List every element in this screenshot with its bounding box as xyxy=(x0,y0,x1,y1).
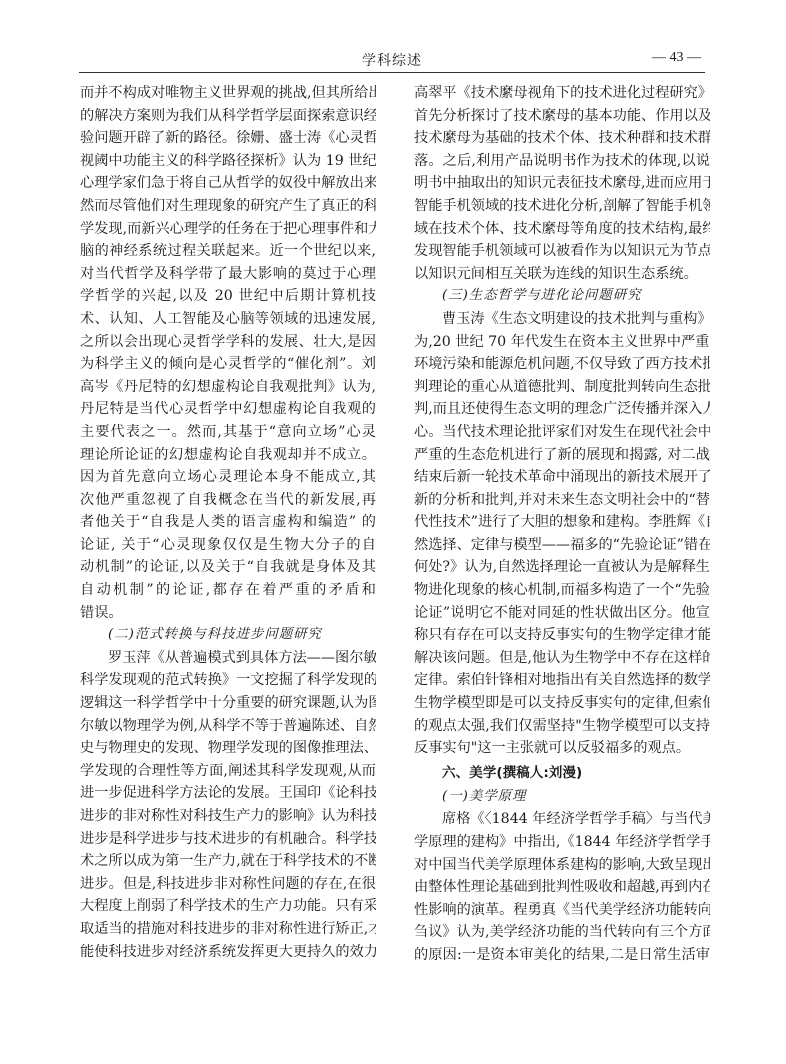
text-line: 判理论的重心从道德批判、制度批判转向生态批 xyxy=(414,376,710,399)
text-line: 错误。 xyxy=(80,602,376,625)
text-line: 为,20 世纪 70 年代发生在资本主义世界中严重的 xyxy=(414,331,710,354)
subheading: (三)生态哲学与进化论问题研究 xyxy=(414,285,710,308)
text-line: 严重的生态危机进行了新的展现和揭露, 对二战 xyxy=(414,444,710,467)
text-line: 物进化现象的核心机制,而福多构造了一个“先验 xyxy=(414,579,710,602)
text-line: 进步的非对称性对科技生产力的影响》认为科技 xyxy=(80,805,376,828)
text-line: 对当代哲学及科学带了最大影响的莫过于心理 xyxy=(80,263,376,286)
text-line: 域在技术个体、技术縻母等角度的技术结构,最终 xyxy=(414,218,710,241)
text-line: 代性技术”进行了大胆的想象和建构。李胜辉《自 xyxy=(414,511,710,534)
text-line: 术之所以成为第一生产力,就在于科学技术的不断 xyxy=(80,850,376,873)
text-line: 智能手机领域的技术进化分析,剖解了智能手机领 xyxy=(414,195,710,218)
text-line: 性影响的演革。程勇真《当代美学经济功能转向 xyxy=(414,899,710,922)
text-line: 称只有存在可以支持反事实句的生物学定律才能 xyxy=(414,624,710,647)
text-line: 动机制”的论证,以及关于“自我就是身体及其 xyxy=(80,556,376,579)
text-line: 对中国当代美学原理体系建构的影响,大致呈现出 xyxy=(414,854,710,877)
text-line: 罗玉萍《从普遍模式到具体方法——图尔敏 xyxy=(80,647,376,670)
text-line: 环境污染和能源危机问题,不仅导致了西方技术批 xyxy=(414,353,710,376)
header-divider xyxy=(79,72,705,73)
text-line: 自动机制”的论证,都存在着严重的矛盾和 xyxy=(80,579,376,602)
text-line: 生物学模型即是可以支持反事实句的定律,但索伯 xyxy=(414,692,710,715)
section-title: 学科综述 xyxy=(79,50,705,70)
text-line: 史与物理史的发现、物理学发现的图像推理法、科 xyxy=(80,737,376,760)
text-line: 席格《〈1844 年经济学哲学手稿〉与当代美 xyxy=(414,808,710,831)
text-line: 心理学家们急于将自己从哲学的奴役中解放出来, xyxy=(80,172,376,195)
text-line: 者他关于“自我是人类的语言虚构和编造” 的 xyxy=(80,511,376,534)
text-line: 首先分析探讨了技术縻母的基本功能、作用以及以 xyxy=(414,105,710,128)
text-line: 由整体性理论基础到批判性吸收和超越,再到内在 xyxy=(414,876,710,899)
text-line: 技术縻母为基础的技术个体、技术种群和技术群 xyxy=(414,127,710,150)
text-line: 高岑《丹尼特的幻想虚构论自我观批判》认为, xyxy=(80,376,376,399)
text-line: 次他严重忽视了自我概念在当代的新发展,再 xyxy=(80,489,376,512)
text-line: 新的分析和批判,并对未来生态文明社会中的“替 xyxy=(414,489,710,512)
text-line: 大程度上削弱了科学技术的生产力功能。只有采 xyxy=(80,895,376,918)
text-line: 明书中抽取出的知识元表征技术縻母,进而应用于 xyxy=(414,172,710,195)
text-line: 落。之后,利用产品说明书作为技术的体现,以说 xyxy=(414,150,710,173)
text-line: 进步。但是,科技进步非对称性问题的存在,在很 xyxy=(80,873,376,896)
text-line: 学发现,而新兴心理学的任务在于把心理事件和大 xyxy=(80,218,376,241)
text-line: 能使科技进步对经济系统发挥更大更持久的效力。 xyxy=(80,941,376,964)
section-heading: 六、美学(撰稿人:刘漫) xyxy=(414,760,710,786)
right-column: 高翠平《技术縻母视角下的技术进化过程研究》中 首先分析探讨了技术縻母的基本功能、… xyxy=(414,82,710,967)
text-line: 以知识元间相互关联为连线的知识生态系统。 xyxy=(414,263,710,286)
running-header: 学科综述 — 43 — xyxy=(79,48,705,72)
text-line: 曹玉涛《生态文明建设的技术批判与重构》认 xyxy=(414,308,710,331)
text-line: 的原因:一是资本审美化的结果,二是日常生活审 xyxy=(414,944,710,967)
text-line: 逻辑这一科学哲学中十分重要的研究课题,认为图 xyxy=(80,692,376,715)
text-line: 心。当代技术理论批评家们对发生在现代社会中 xyxy=(414,421,710,444)
text-line: 定律。索伯针锋相对地指出有关自然选择的数学 xyxy=(414,669,710,692)
text-line: 学哲学的兴起,以及 20 世纪中后期计算机技 xyxy=(80,285,376,308)
subheading: (一)美学原理 xyxy=(414,786,710,809)
text-line: 验问题开辟了新的路径。徐姗、盛士涛《心灵哲学 xyxy=(80,127,376,150)
text-line: 而并不构成对唯物主义世界观的挑战,但其所给出 xyxy=(80,82,376,105)
text-line: 理论所论证的幻想虚构论自我观却并不成立。 xyxy=(80,444,376,467)
text-line: 的观点太强,我们仅需坚持"生物学模型可以支持 xyxy=(414,715,710,738)
page-number: — 43 — xyxy=(652,50,701,66)
text-line: 高翠平《技术縻母视角下的技术进化过程研究》中 xyxy=(414,82,710,105)
text-line: 然而尽管他们对生理现象的研究产生了真正的科 xyxy=(80,195,376,218)
text-line: 科学发现观的范式转换》一文挖掘了科学发现的 xyxy=(80,669,376,692)
text-line: 论证”说明它不能对同延的性状做出区分。他宣 xyxy=(414,602,710,625)
text-line: 何处?》认为,自然选择理论一直被认为是解释生 xyxy=(414,556,710,579)
text-line: 论证, 关于“心灵现象仅仅是生物大分子的自 xyxy=(80,534,376,557)
text-line: 尔敏以物理学为例,从科学不等于普遍陈述、自然 xyxy=(80,715,376,738)
text-line: 因为首先意向立场心灵理论本身不能成立,其 xyxy=(80,466,376,489)
text-line: 反事实句"这一主张就可以反驳福多的观点。 xyxy=(414,737,710,760)
text-line: 为科学主义的倾向是心灵哲学的“催化剂”。刘 xyxy=(80,353,376,376)
text-line: 进步是科学进步与技术进步的有机融合。科学技 xyxy=(80,828,376,851)
text-line: 结束后新一轮技术革命中涌现出的新技术展开了 xyxy=(414,466,710,489)
text-line: 主要代表之一。然而,其基于“意向立场”心灵 xyxy=(80,421,376,444)
text-line: 解决该问题。但是,他认为生物学中不存在这样的 xyxy=(414,647,710,670)
text-line: 丹尼特是当代心灵哲学中幻想虚构论自我观的 xyxy=(80,398,376,421)
text-line: 术、认知、人工智能及心脑等领域的迅速发展, xyxy=(80,308,376,331)
text-line: 之所以会出现心灵哲学学科的发展、壮大,是因 xyxy=(80,331,376,354)
text-line: 学发现的合理性等方面,阐述其科学发现观,从而 xyxy=(80,760,376,783)
text-line: 刍议》认为,美学经济功能的当代转向有三个方面 xyxy=(414,921,710,944)
text-line: 学原理的建构》中指出,《1844 年经济学哲学手稿》 xyxy=(414,831,710,854)
text-line: 然选择、定律与模型——福多的“先验论证”错在 xyxy=(414,534,710,557)
text-line: 发现智能手机领域可以被看作为以知识元为节点 xyxy=(414,240,710,263)
text-line: 脑的神经系统过程关联起来。近一个世纪以来, xyxy=(80,240,376,263)
subheading: (二)范式转换与科技进步问题研究 xyxy=(80,624,376,647)
text-line: 取适当的措施对科技进步的非对称性进行矫正,才 xyxy=(80,918,376,941)
text-line: 判,而且还使得生态文明的理念广泛传播并深入人 xyxy=(414,398,710,421)
text-line: 的解决方案则为我们从科学哲学层面探索意识经 xyxy=(80,105,376,128)
left-column: 而并不构成对唯物主义世界观的挑战,但其所给出 的解决方案则为我们从科学哲学层面探… xyxy=(80,82,376,963)
text-line: 视阈中功能主义的科学路径探析》认为 19 世纪的 xyxy=(80,150,376,173)
text-line: 进一步促进科学方法论的发展。王国印《论科技 xyxy=(80,782,376,805)
